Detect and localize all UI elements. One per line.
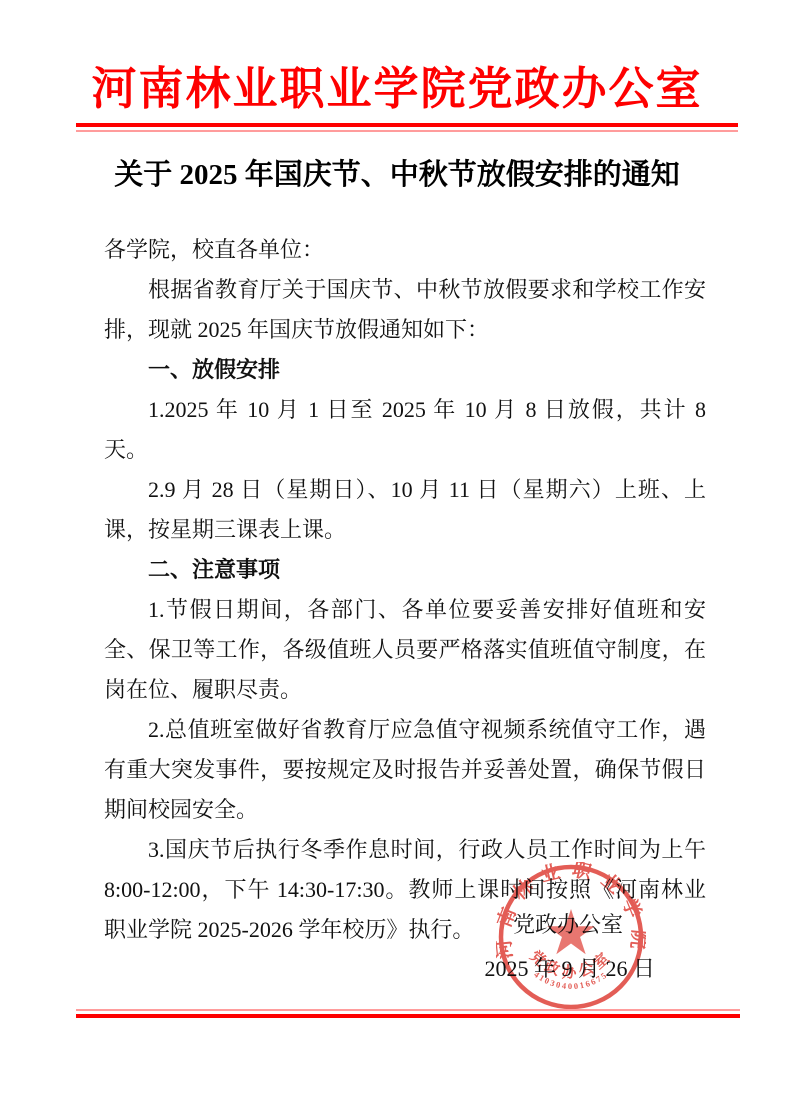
letterhead-divider: [76, 123, 738, 132]
footer-divider-thick-line: [76, 1014, 740, 1018]
document-page: 河南林业职业学院党政办公室 关于 2025 年国庆节、中秋节放假安排的通知 各学…: [0, 0, 794, 1108]
section-heading: 一、放假安排: [104, 350, 706, 390]
signature-date: 2025 年 9 月 26 日: [484, 954, 655, 984]
document-title: 关于 2025 年国庆节、中秋节放假安排的通知: [0, 152, 794, 193]
body-paragraph: 2.9 月 28 日（星期日）、10 月 11 日（星期六）上班、上课，按星期三…: [104, 470, 706, 550]
body-paragraph: 1.2025 年 10 月 1 日至 2025 年 10 月 8 日放假，共计 …: [104, 390, 706, 470]
section-heading: 二、注意事项: [104, 550, 706, 590]
footer-divider: [76, 1009, 740, 1018]
document-body: 各学院，校直各单位： 根据省教育厅关于国庆节、中秋节放假要求和学校工作安排，现就…: [104, 230, 706, 950]
letterhead-org-name: 河南林业职业学院党政办公室: [0, 52, 794, 117]
footer-divider-thin-line: [76, 1009, 740, 1011]
salutation: 各学院，校直各单位：: [104, 230, 706, 270]
body-paragraph: 2.总值班室做好省教育厅应急值守视频系统值守工作，遇有重大突发事件，要按规定及时…: [104, 710, 706, 830]
body-paragraph: 1.节假日期间，各部门、各单位要妥善安排好值班和安全、保卫等工作，各级值班人员要…: [104, 590, 706, 710]
letterhead-divider-thin-line: [76, 130, 738, 132]
signature-office: 党政办公室: [513, 910, 623, 940]
body-paragraph: 根据省教育厅关于国庆节、中秋节放假要求和学校工作安排，现就 2025 年国庆节放…: [104, 270, 706, 350]
letterhead-divider-thick-line: [76, 123, 738, 127]
